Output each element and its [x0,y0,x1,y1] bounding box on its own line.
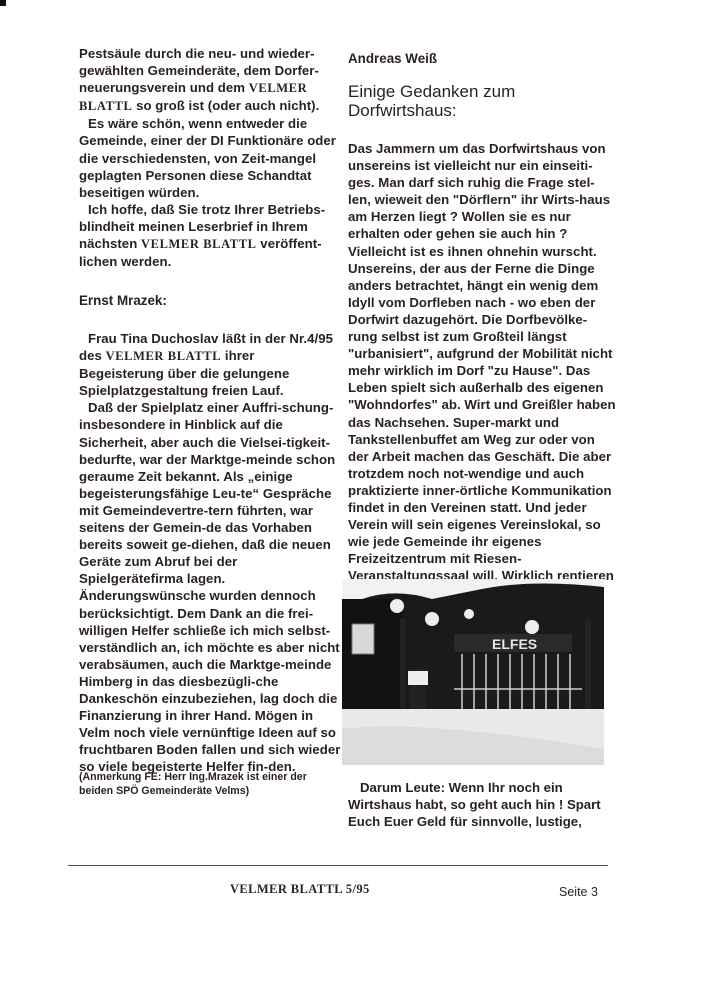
publication-title: VELMER BLATTL 5/95 [230,882,370,897]
letter-body: Frau Tina Duchoslav läßt in der Nr.4/95 … [79,330,341,775]
article-continuation: Darum Leute: Wenn Ihr noch ein Wirtshaus… [348,779,616,830]
svg-text:ELFES: ELFES [492,636,537,652]
brand-name: VELMER BLATTL [106,349,222,363]
left-column: Pestsäule durch die neu- und wieder-gewä… [79,45,341,270]
paragraph: Das Jammern um das Dorfwirtshaus von uns… [348,140,616,619]
photo-image: ELFES [342,579,604,765]
paragraph: Ich hoffe, daß Sie trotz Ihrer Betriebs-… [79,201,341,270]
letter-author: Ernst Mrazek: [79,293,167,308]
scan-artifact [0,0,6,6]
article-body: Das Jammern um das Dorfwirtshaus von uns… [348,140,616,619]
paragraph: Es wäre schön, wenn entweder die Gemeind… [79,115,341,200]
footer-divider [68,865,608,866]
paragraph: Frau Tina Duchoslav läßt in der Nr.4/95 … [79,330,341,399]
brand-name: VELMER BLATTL [141,237,257,251]
editor-note: (Anmerkung FE: Herr Ing.Mrazek ist einer… [79,770,341,798]
article-photo: ELFES [342,579,604,765]
article-title: Einige Gedanken zum Dorfwirtshaus: [348,82,515,120]
paragraph: Daß der Spielplatz einer Auffri-schung- … [79,399,341,775]
page-number: Seite 3 [559,885,598,899]
paragraph: Pestsäule durch die neu- und wieder-gewä… [79,45,341,115]
article-author: Andreas Weiß [348,51,437,66]
